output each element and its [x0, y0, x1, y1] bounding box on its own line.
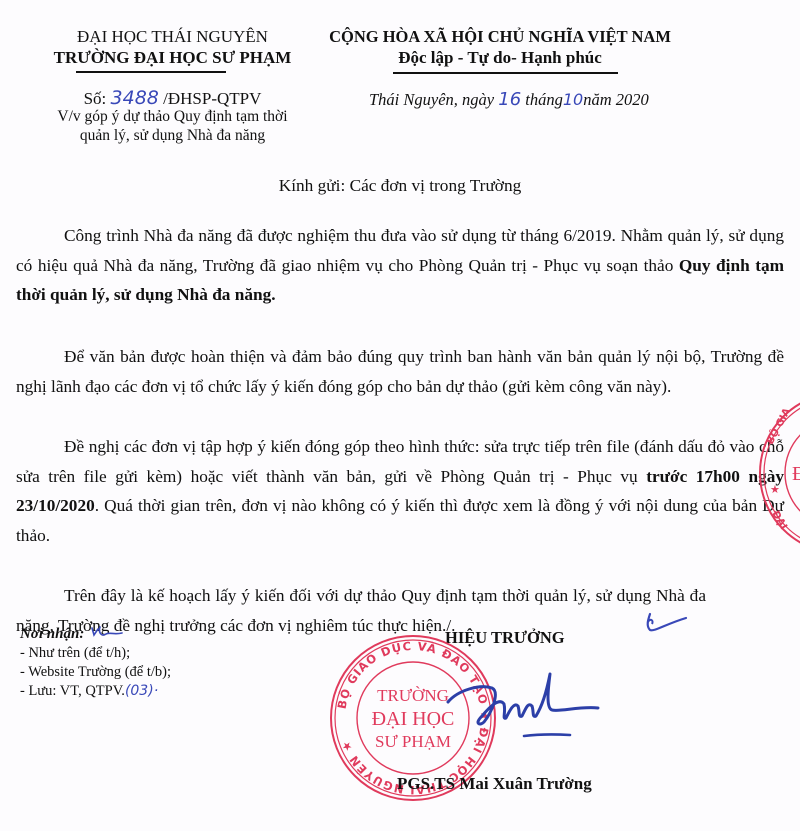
nation-name: CỘNG HÒA XÃ HỘI CHỦ NGHĨA VIỆT NAM: [305, 27, 695, 47]
subject-line-2: quản lý, sử dụng Nhà đa năng: [0, 127, 345, 145]
place-prefix: Thái Nguyên, ngày: [369, 90, 494, 109]
number-suffix: /ĐHSP-QTPV: [163, 89, 261, 108]
signatory-name: PGS.TS Mai Xuân Trường: [397, 774, 592, 794]
p3-text-b: . Quá thời gian trên, đơn vị nào không c…: [16, 496, 784, 545]
recipients: Nơi nhận: - Như trên (để t/h); - Website…: [20, 625, 171, 701]
archive-copies-handwritten: (03): [125, 683, 154, 699]
recipients-title-row: Nơi nhận:: [20, 625, 171, 644]
greeting: Kính gửi: Các đơn vị trong Trường: [0, 176, 800, 196]
paragraph-2: Để văn bản được hoàn thiện và đảm bảo đú…: [16, 342, 784, 401]
recipients-title: Nơi nhận:: [20, 626, 84, 642]
motto-underline: [393, 72, 618, 74]
day-handwritten: 16: [498, 89, 521, 110]
svg-text:TRƯỜNG: TRƯỜNG: [377, 686, 449, 705]
svg-text:★: ★: [770, 483, 780, 496]
national-motto: Độc lập - Tự do- Hạnh phúc: [305, 48, 695, 68]
recipient-initials-icon: [88, 625, 124, 641]
page-seal-icon: BỘ GIA ★ ĐẠI Đ: [758, 385, 800, 560]
p1-text: Công trình Nhà đa năng đã được nghiệm th…: [16, 226, 784, 275]
recipient-item: - Lưu: VT, QTPV.(03)·: [20, 682, 171, 701]
place-date: Thái Nguyên, ngày 16 tháng10năm 2020: [369, 89, 649, 110]
agency-name: ĐẠI HỌC THÁI NGUYÊN: [0, 27, 345, 47]
archive-dot: ·: [154, 683, 159, 699]
month-label: tháng: [525, 90, 563, 109]
recipient-item: - Như trên (để t/h);: [20, 644, 171, 663]
number-prefix: Số:: [84, 89, 107, 108]
svg-text:BỘ GIA: BỘ GIA: [763, 405, 793, 446]
initials-mark-icon: [642, 608, 690, 638]
subject-line-1: V/v góp ý dự thảo Quy định tạm thời: [0, 108, 345, 126]
number-handwritten: 3488: [111, 87, 159, 109]
signature-icon: [440, 660, 610, 740]
document-number: Số: 3488 /ĐHSP-QTPV: [0, 87, 345, 109]
year-label: năm 2020: [583, 90, 649, 109]
school-name: TRƯỜNG ĐẠI HỌC SƯ PHẠM: [0, 48, 345, 68]
month-handwritten: 10: [563, 90, 583, 109]
svg-text:Đ: Đ: [792, 463, 800, 485]
recipient-archive: - Lưu: VT, QTPV.: [20, 683, 125, 699]
paragraph-3: Đề nghị các đơn vị tập hợp ý kiến đóng g…: [16, 432, 784, 550]
svg-text:ĐẠI: ĐẠI: [769, 509, 788, 532]
recipient-item: - Website Trường (để t/b);: [20, 663, 171, 682]
paragraph-1: Công trình Nhà đa năng đã được nghiệm th…: [16, 221, 784, 310]
school-underline: [76, 71, 226, 73]
